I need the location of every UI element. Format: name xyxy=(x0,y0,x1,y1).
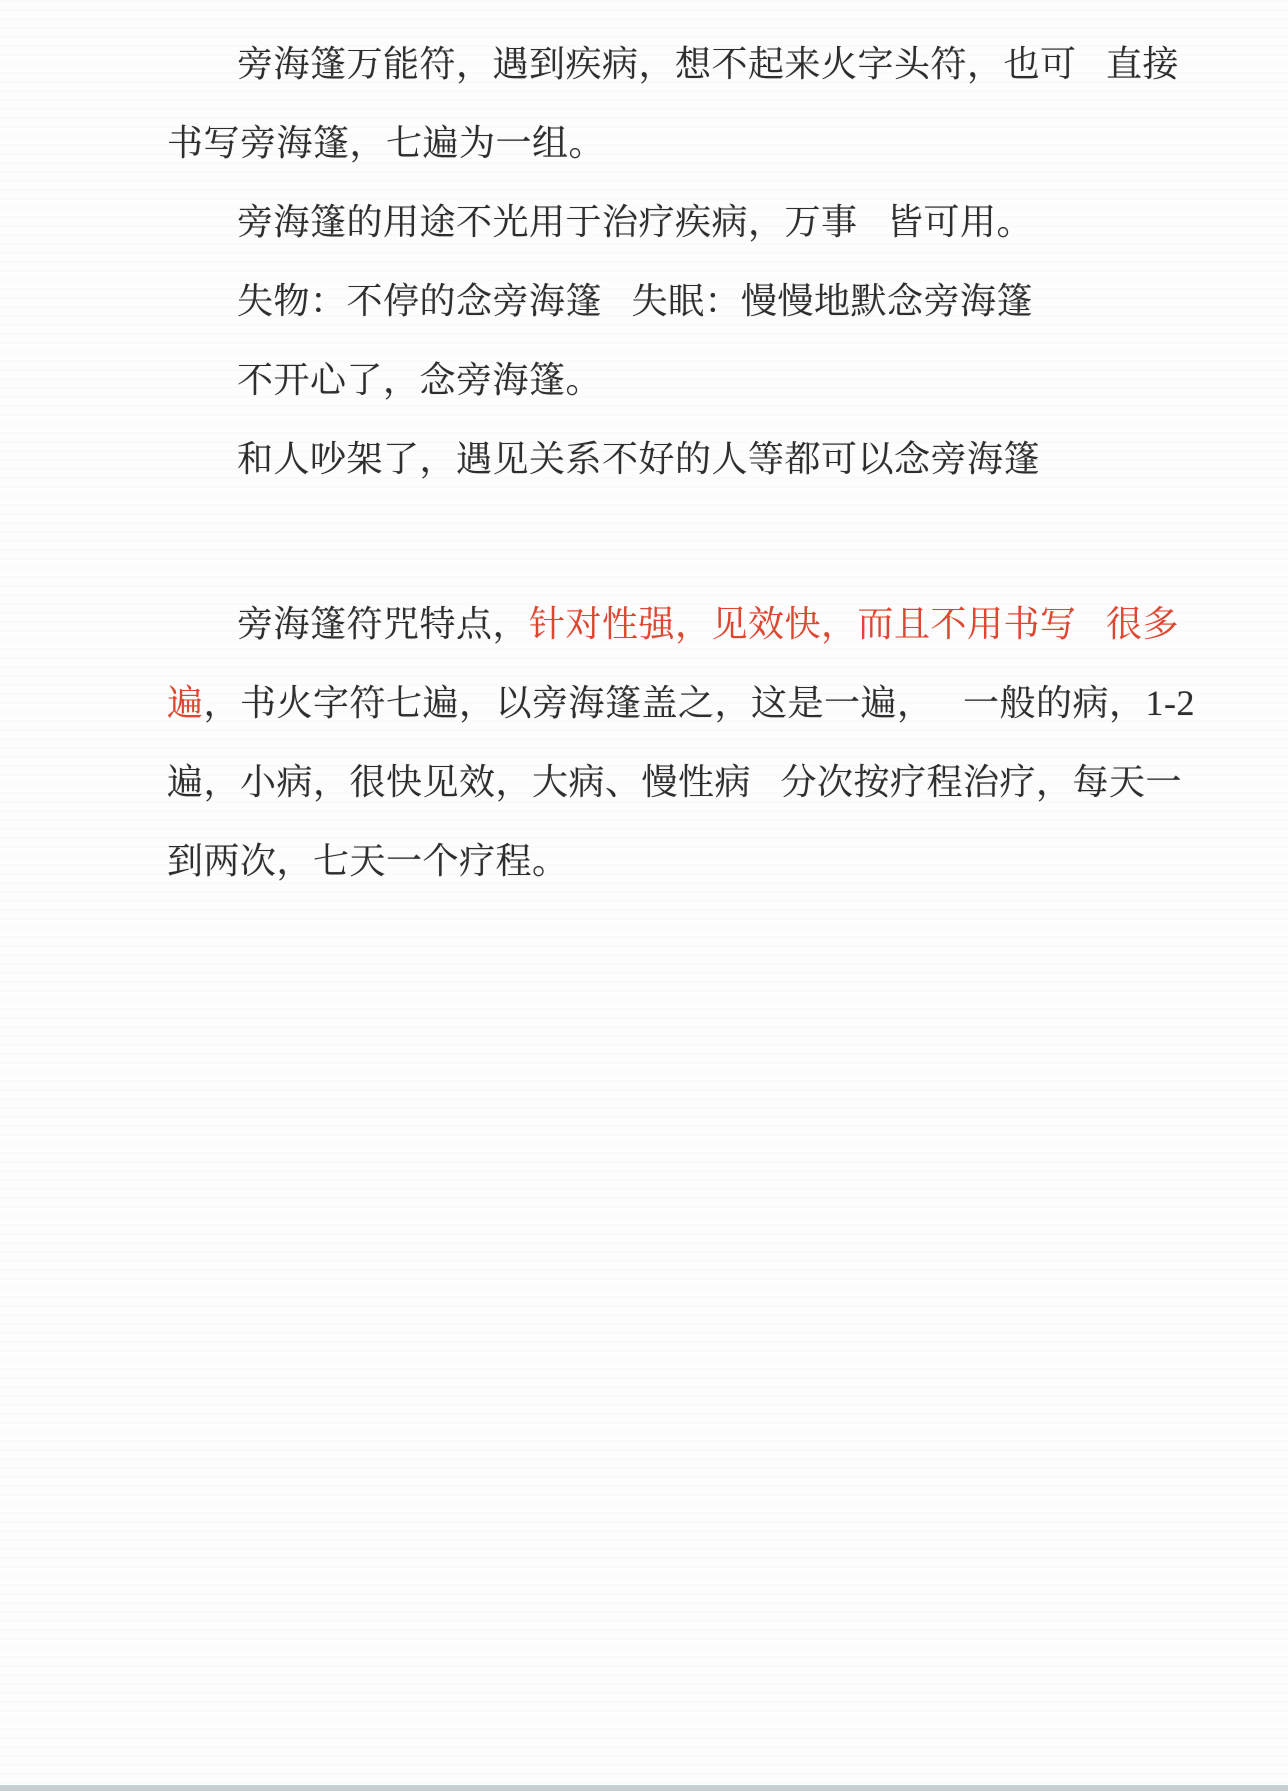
text-segment: 旁海篷的用途不光用于治疗疾病，万事 皆可用。 xyxy=(237,202,1033,242)
text-segment: 旁海篷符咒特点， xyxy=(237,604,529,644)
text-segment: 遍，小病，很快见效，大病、慢性病 分次按疗程治疗，每天一 xyxy=(167,762,1182,802)
text-line: 旁海篷万能符，遇到疾病，想不起来火字头符，也可 直接 xyxy=(167,25,1177,104)
text-line: 不开心了，念旁海篷。 xyxy=(167,341,1177,420)
text-line: 到两次，七天一个疗程。 xyxy=(167,822,1177,901)
text-segment: 不开心了，念旁海篷。 xyxy=(237,360,602,400)
text-segment: 和人吵架了，遇见关系不好的人等都可以念旁海篷 xyxy=(237,439,1040,479)
text-line: 旁海篷符咒特点，针对性强，见效快，而且不用书写 很多 xyxy=(167,585,1177,664)
text-line: 和人吵架了，遇见关系不好的人等都可以念旁海篷 xyxy=(167,420,1177,499)
red-text-segment: 遍 xyxy=(167,683,204,723)
text-line: 书写旁海篷，七遍为一组。 xyxy=(167,104,1177,183)
text-segment: 到两次，七天一个疗程。 xyxy=(167,841,569,881)
red-text-segment: 针对性强，见效快，而且不用书写 很多 xyxy=(529,604,1179,644)
text-block: 旁海篷万能符，遇到疾病，想不起来火字头符，也可 直接书写旁海篷，七遍为一组。旁海… xyxy=(167,25,1177,901)
text-line: 遍，小病，很快见效，大病、慢性病 分次按疗程治疗，每天一 xyxy=(167,743,1177,822)
text-line: 遍，书火字符七遍，以旁海篷盖之，这是一遍， 一般的病，1-2 xyxy=(167,664,1177,743)
text-segment: ，书火字符七遍，以旁海篷盖之，这是一遍， 一般的病，1-2 xyxy=(204,683,1196,723)
text-segment: 失物：不停的念旁海篷 失眠：慢慢地默念旁海篷 xyxy=(237,281,1033,321)
scan-bottom-edge xyxy=(0,1785,1288,1791)
document-page: 旁海篷万能符，遇到疾病，想不起来火字头符，也可 直接书写旁海篷，七遍为一组。旁海… xyxy=(0,0,1288,1791)
text-segment: 书写旁海篷，七遍为一组。 xyxy=(167,123,605,163)
text-segment: 旁海篷万能符，遇到疾病，想不起来火字头符，也可 直接 xyxy=(237,44,1179,84)
text-line: 失物：不停的念旁海篷 失眠：慢慢地默念旁海篷 xyxy=(167,262,1177,341)
text-line: 旁海篷的用途不光用于治疗疾病，万事 皆可用。 xyxy=(167,183,1177,262)
